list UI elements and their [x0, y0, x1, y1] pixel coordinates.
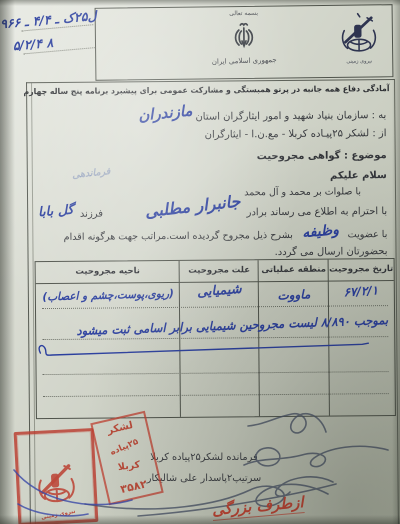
dotted-leader-row [42, 305, 388, 309]
to-value-handwritten: مازندران [137, 101, 193, 124]
cell-injury-region-value: (ریوی،پوست،چشم و اعصاب) [46, 287, 174, 303]
letterhead-box: بسمه تعالی جمهوری اسلامی ایران [95, 4, 394, 81]
scanned-document: ل۲۵ک ـ ۴/۴ ـ ۹۶۶ ۸ ۵/۲/۴ بسمه تعالی جمهو… [0, 0, 400, 524]
header-cell-operational-area: منطقه عملیاتی [259, 265, 329, 276]
salutation-line: سلام علیکم [330, 170, 387, 181]
membership-label: با عضویت [348, 229, 388, 240]
soldier-name-handwritten: جانبرار مطلبی [144, 191, 241, 221]
header-cell-injury-date: تاریخ مجروحیت [329, 264, 394, 275]
father-name-handwritten: گل بابا [37, 203, 74, 221]
irgc-logo-block: نیروی زمینی [331, 10, 388, 65]
dotted-leader-row [43, 371, 389, 375]
salawat-line: با صلوات بر محمد و آل محمد [244, 186, 361, 198]
header-cell-injury-region: ناحیه مجروحیت [36, 266, 180, 277]
membership-line: با عضویت وظیفه بشرح ذیل مجروح گردیده است… [36, 225, 387, 244]
from-line: از : لشکر ۲۵پیـاده کربلا - مع.ن.ا - ایثا… [205, 128, 387, 141]
handwritten-dash-line [32, 339, 372, 360]
ground-force-label: نیروی زمینی [331, 58, 387, 65]
span-note-handwritten: بموجب ۸/۸۹۰ لیست مجروحین شیمیایی برابر ا… [52, 313, 388, 339]
to-line: به : سازمان بنیاد شهید و امور ایثارگران … [138, 104, 387, 124]
irgc-emblem-icon [338, 10, 381, 57]
subject-line: موضوع : گواهی مجروحیت [257, 150, 387, 162]
intro-line: با احترام به اطلاع می رساند برادر جانبرا… [38, 199, 387, 221]
iran-emblem-icon [227, 18, 261, 56]
cell-injury-cause-value: شیمیایی [180, 281, 258, 302]
dotted-leader-row [43, 393, 389, 397]
child-label: فرزند [80, 209, 103, 220]
injury-table: تاریخ مجروحیت منطقه عملیاتی علت مجروحیت … [35, 258, 396, 419]
intro-text: با احترام به اطلاع می رساند برادر [247, 206, 388, 218]
cell-operational-area-value: ماووت [260, 286, 329, 303]
slogan-line: آمادگی دفاع همه جانبه در پرتو همبستگی و … [23, 84, 389, 96]
cell-injury-date-value: ۶۷/۲/۱ [329, 282, 392, 300]
scan-edge-left [0, 0, 15, 524]
header-cell-injury-cause: علت مجروحیت [180, 265, 259, 276]
blue-flourish [8, 460, 138, 518]
ref-block: ل۲۵ک ـ ۴/۴ ـ ۹۶۶ ۸ ۵/۲/۴ [0, 8, 100, 62]
country-name: جمهوری اسلامی ایران [212, 56, 277, 66]
injury-text: بشرح ذیل مجروح گردیده است.مراتب جهت هرگو… [64, 230, 293, 243]
closing-line: بحضورتان ارسال می گردد. [274, 246, 387, 258]
membership-value-handwritten: وظیفه [301, 222, 339, 241]
bismillah-text: بسمه تعالی [229, 10, 258, 17]
to-label: به : سازمان بنیاد شهید و امور ایثارگران … [195, 110, 386, 123]
